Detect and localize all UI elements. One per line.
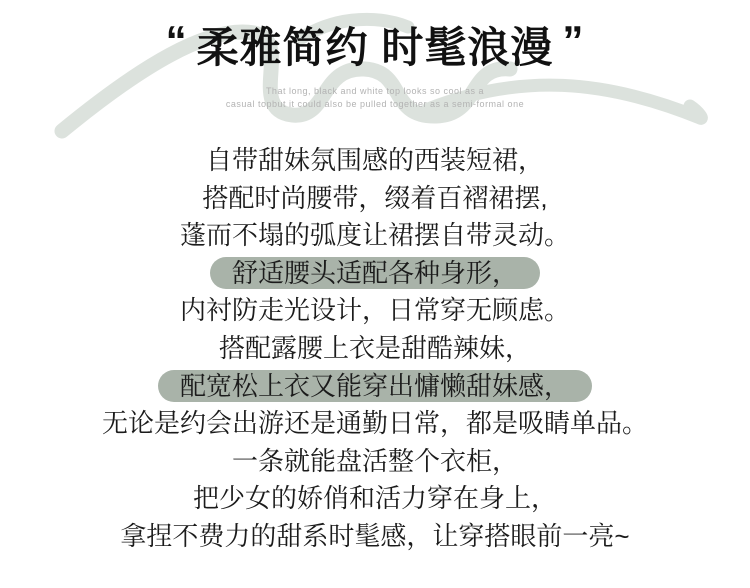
body-line-highlighted: 配宽松上衣又能穿出慵懒甜妹感， bbox=[0, 368, 750, 406]
body-line: 搭配时尚腰带，缀着百褶裙摆, bbox=[0, 180, 750, 218]
subtitle-line-1: That long, black and white top looks so … bbox=[0, 85, 750, 98]
body-text: 自带甜妹氛围感的西装短裙，搭配时尚腰带，缀着百褶裙摆,蓬而不塌的弧度让裙摆自带灵… bbox=[0, 142, 750, 556]
body-line: 内衬防走光设计，日常穿无顾虑。 bbox=[0, 292, 750, 330]
body-line: 蓬而不塌的弧度让裙摆自带灵动。 bbox=[0, 217, 750, 255]
close-quote-mark: ” bbox=[562, 19, 584, 63]
body-line: 自带甜妹氛围感的西装短裙， bbox=[0, 142, 750, 180]
body-line: 一条就能盘活整个衣柜， bbox=[0, 443, 750, 481]
subtitle: That long, black and white top looks so … bbox=[0, 85, 750, 111]
body-line: 把少女的娇俏和活力穿在身上， bbox=[0, 480, 750, 518]
body-line: 拿捏不费力的甜系时髦感，让穿搭眼前一亮~ bbox=[0, 518, 750, 556]
subtitle-line-2: casual topbut it could also be pulled to… bbox=[0, 98, 750, 111]
highlight-pill: 配宽松上衣又能穿出慵懒甜妹感， bbox=[158, 370, 592, 402]
page-title: “柔雅简约 时髦浪漫” bbox=[0, 26, 750, 70]
open-quote-mark: “ bbox=[166, 19, 188, 63]
product-description-panel: “柔雅简约 时髦浪漫” That long, black and white t… bbox=[0, 0, 750, 588]
body-line-highlighted: 舒适腰头适配各种身形， bbox=[0, 255, 750, 293]
header: “柔雅简约 时髦浪漫” That long, black and white t… bbox=[0, 0, 750, 111]
title-text: 柔雅简约 时髦浪漫 bbox=[197, 24, 554, 71]
body-line: 搭配露腰上衣是甜酷辣妹， bbox=[0, 330, 750, 368]
body-line: 无论是约会出游还是通勤日常，都是吸睛单品。 bbox=[0, 405, 750, 443]
highlight-pill: 舒适腰头适配各种身形， bbox=[210, 257, 540, 289]
